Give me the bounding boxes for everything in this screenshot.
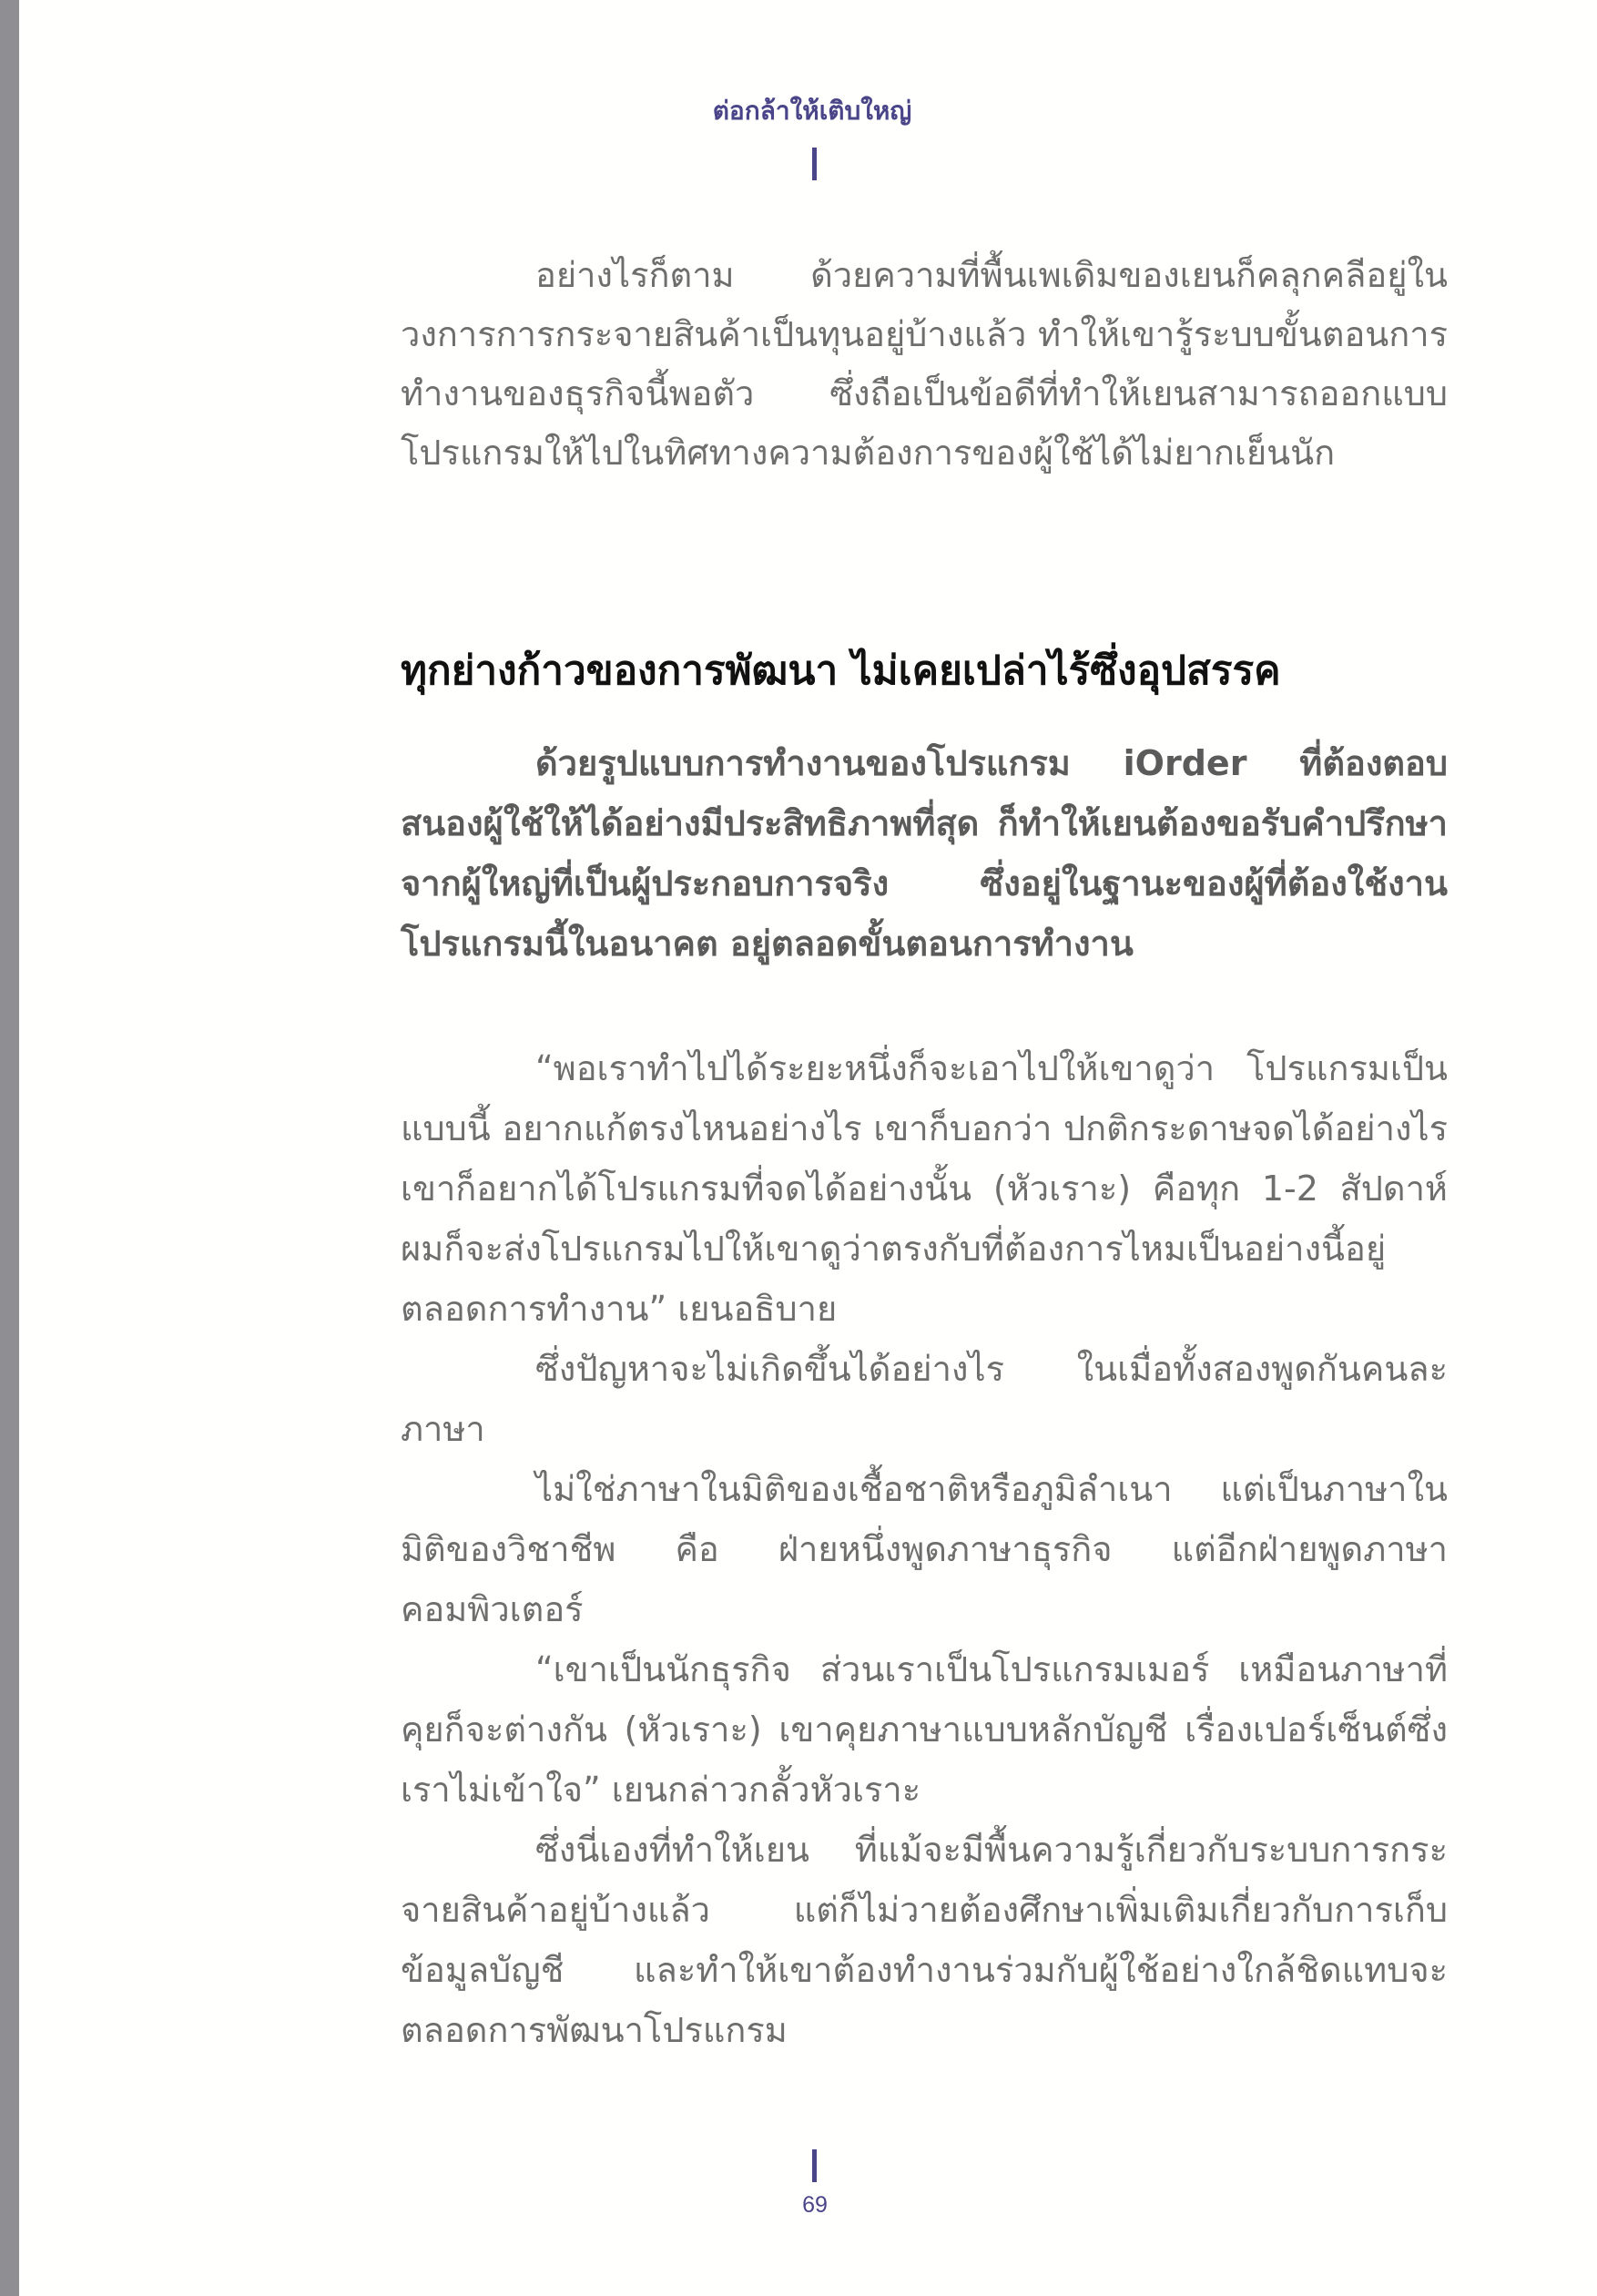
- body-paragraphs: “พอเราทำไปได้ระยะหนึ่งก็จะเอาไปให้เขาดูว…: [401, 1038, 1448, 2060]
- body-paragraph: ซึ่งปัญหาจะไม่เกิดขึ้นได้อย่างไร ในเมื่อ…: [401, 1339, 1448, 1459]
- lead-paragraph-block: ด้วยรูปแบบการทำงานของโปรแกรม iOrder ที่ต…: [401, 733, 1448, 974]
- body-paragraph: ซึ่งนี่เองที่ทำให้เยน ที่แม้จะมีพื้นความ…: [401, 1820, 1448, 2060]
- lead-paragraph: ด้วยรูปแบบการทำงานของโปรแกรม iOrder ที่ต…: [401, 733, 1448, 974]
- header-divider-bar: [812, 148, 817, 180]
- body-paragraph: “พอเราทำไปได้ระยะหนึ่งก็จะเอาไปให้เขาดูว…: [401, 1038, 1448, 1339]
- page-number: 69: [0, 2191, 1597, 2219]
- intro-paragraph-block: อย่างไรก็ตาม ด้วยความที่พื้นเพเดิมของเยน…: [401, 246, 1448, 483]
- intro-paragraph: อย่างไรก็ตาม ด้วยความที่พื้นเพเดิมของเยน…: [401, 246, 1448, 483]
- book-title: ต่อกล้าให้เติบใหญ่: [713, 95, 911, 128]
- body-paragraph: “เขาเป็นนักธุรกิจ ส่วนเราเป็นโปรแกรมเมอร…: [401, 1639, 1448, 1820]
- body-paragraph: ไม่ใช่ภาษาในมิติของเชื้อชาติหรือภูมิลำเน…: [401, 1459, 1448, 1639]
- running-head: ต่อกล้าให้เติบใหญ่: [0, 95, 1597, 128]
- footer-divider-bar: [812, 2149, 817, 2182]
- section-heading: ทุกย่างก้าวของการพัฒนา ไม่เคยเปล่าไร้ซึ่…: [401, 644, 1457, 699]
- page-edge-gutter: [0, 0, 19, 2296]
